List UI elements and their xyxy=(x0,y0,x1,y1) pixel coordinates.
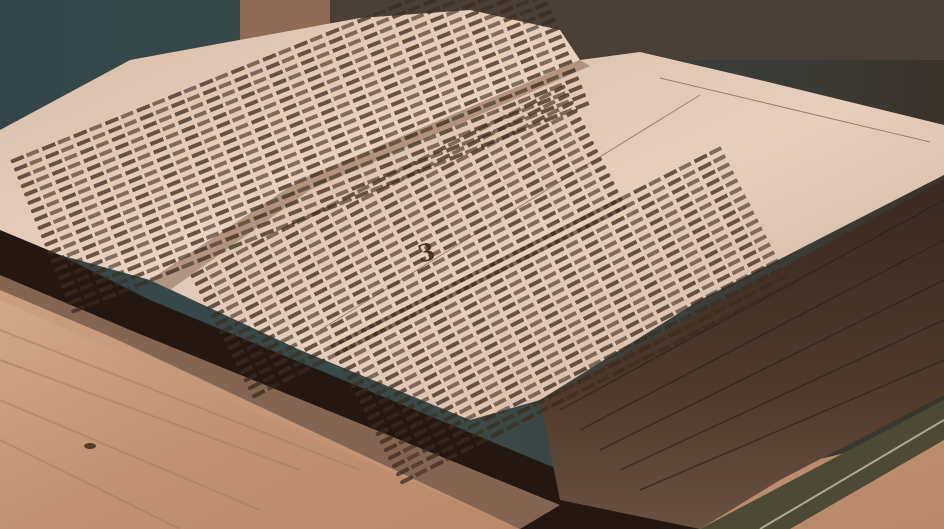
book-photo: 3 xyxy=(0,0,944,529)
